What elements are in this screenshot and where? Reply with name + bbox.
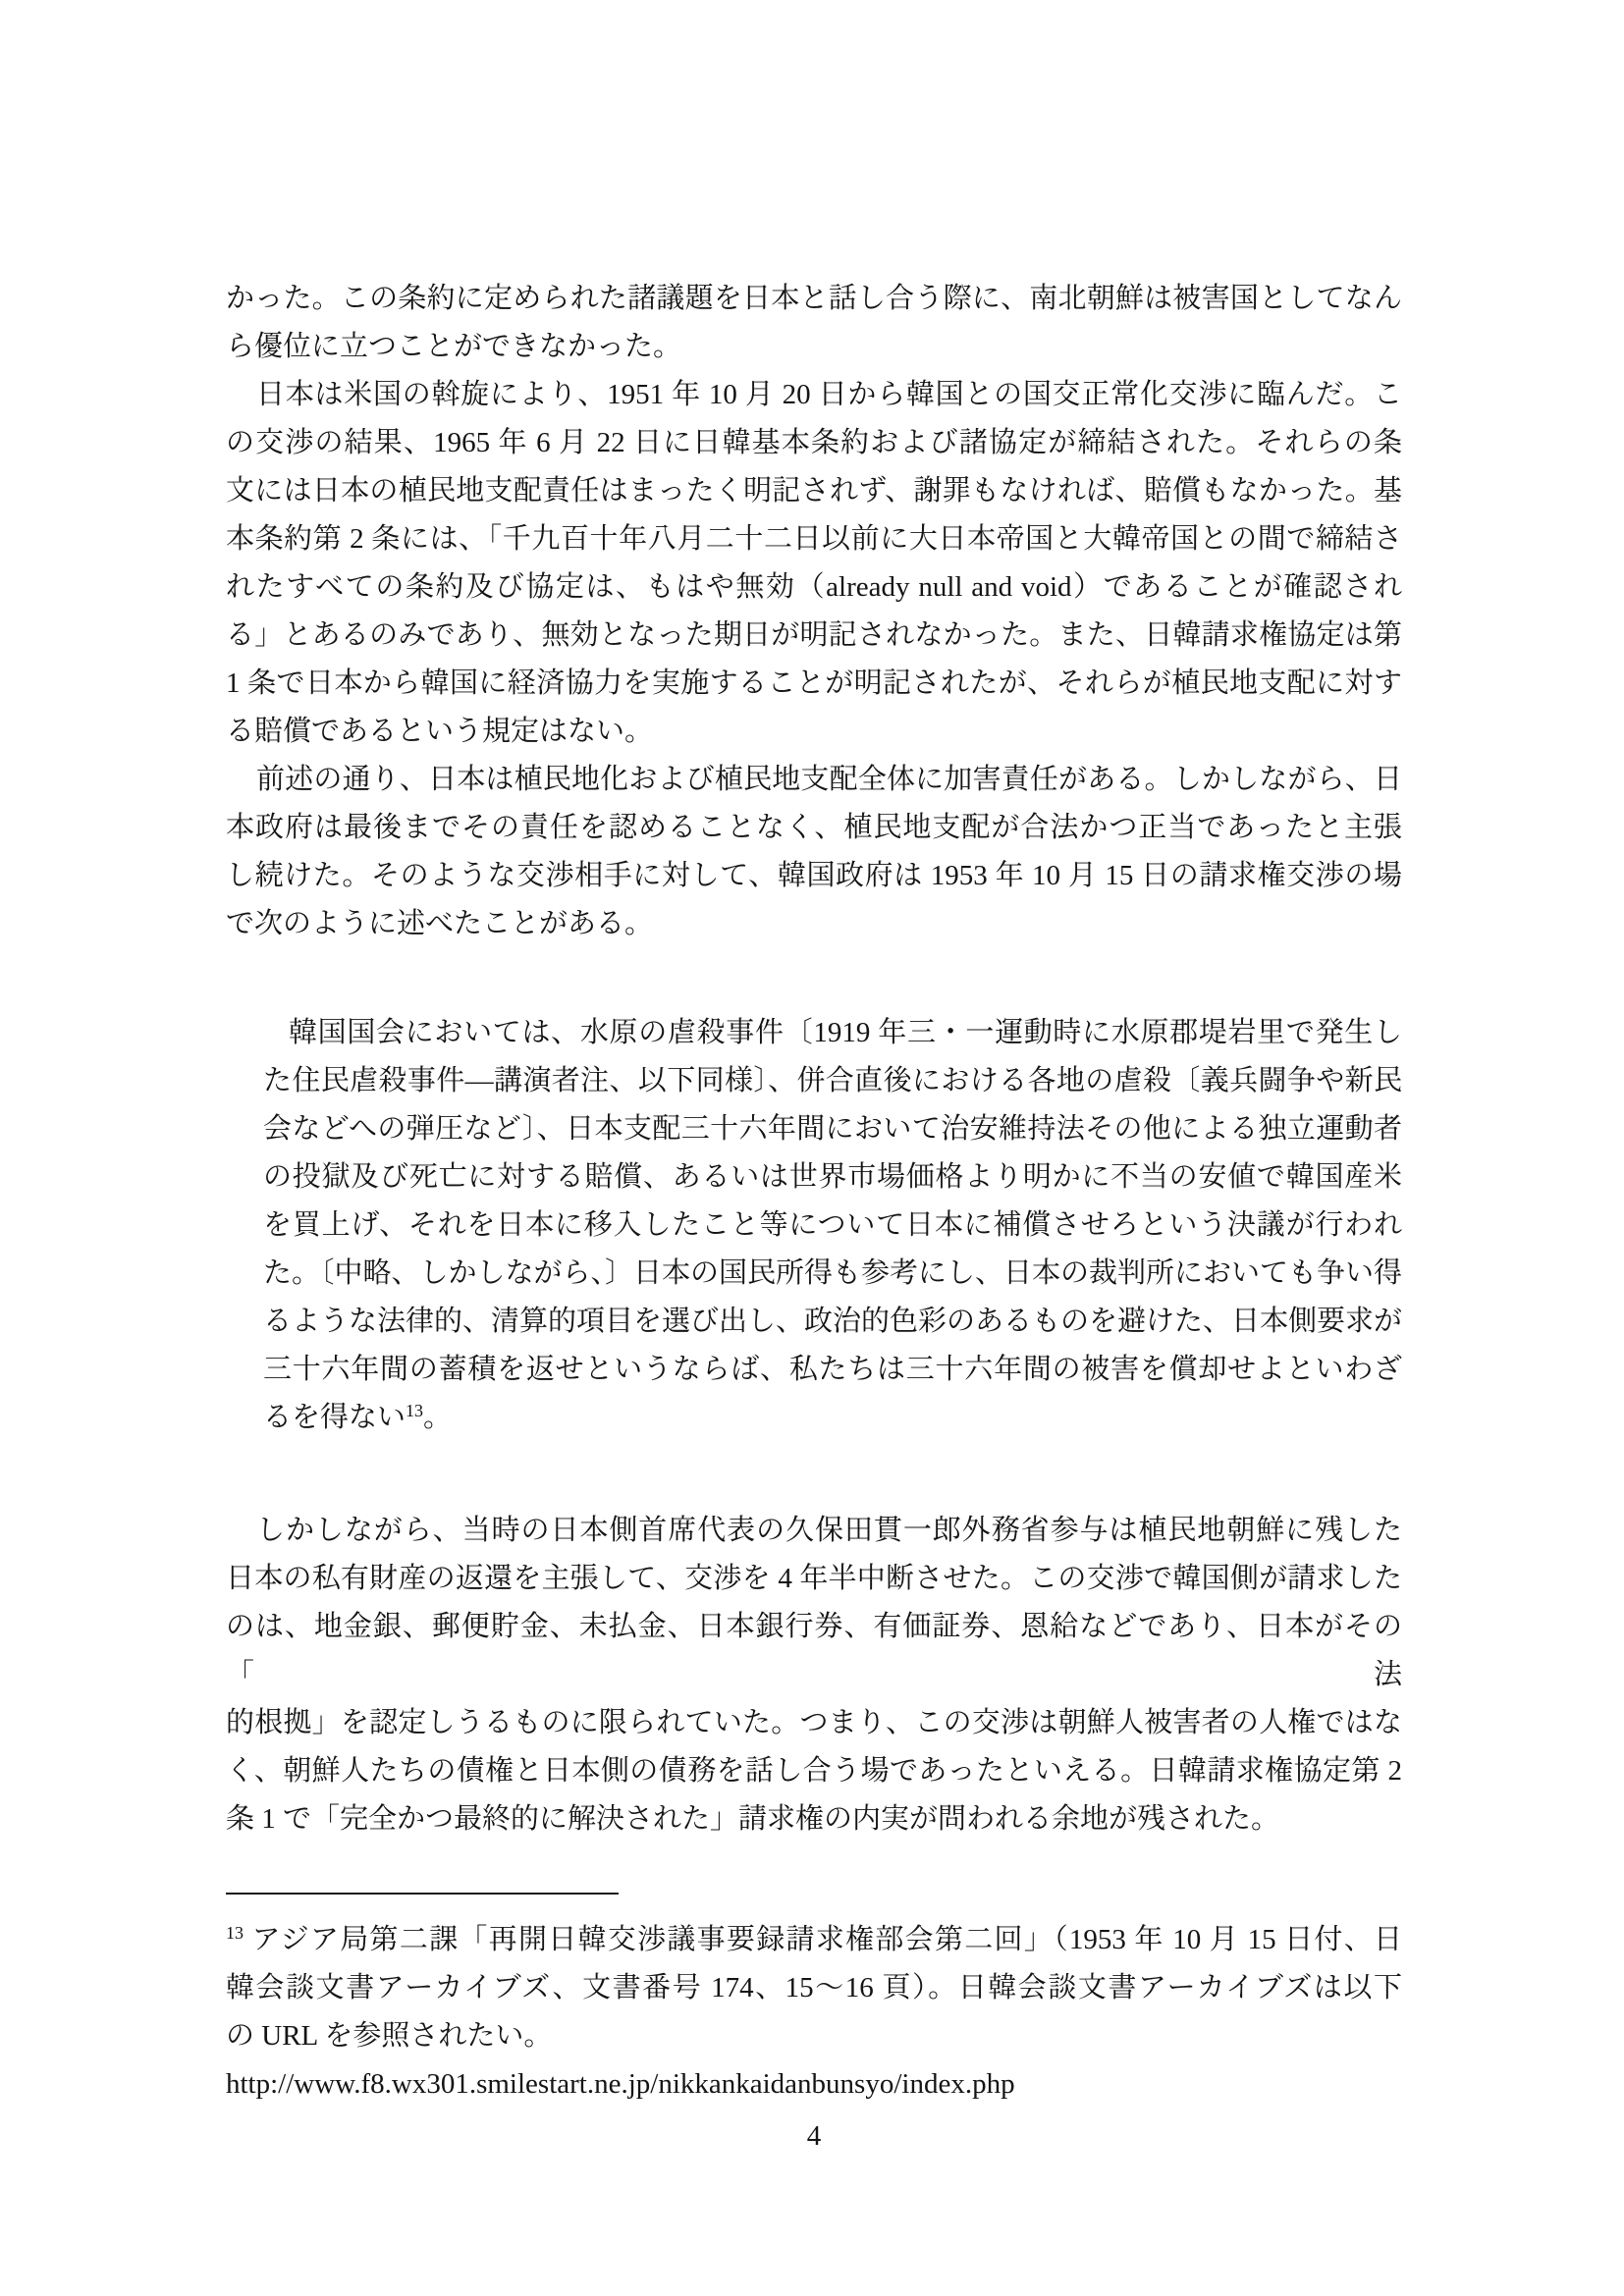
text-line: る」とあるのみであり、無効となった期日が明記されなかった。また、日韓請求権協定は… — [226, 612, 1402, 660]
footnote-first-line: 13 アジア局第二課「再開日韓交渉議事要録請求権部会第二回」（1953 年 10… — [226, 1916, 1402, 1964]
paragraph-treaty-negotiations: 日本は米国の斡旋により、1951 年 10 月 20 日から韓国との国交正常化交… — [226, 371, 1402, 756]
footnote-13: 13 アジア局第二課「再開日韓交渉議事要録請求権部会第二回」（1953 年 10… — [226, 1916, 1402, 2109]
quote-line-with-footnote-ref: るを得ない13。 — [263, 1394, 1402, 1442]
quote-line: を買上げ、それを日本に移入したこと等について日本に補償させろという決議が行われ — [263, 1201, 1402, 1250]
footnote-marker: 13 — [226, 1923, 244, 1943]
footnote-separator — [226, 1893, 619, 1895]
text-line: る賠償であるという規定はない。 — [226, 708, 1402, 756]
footnote-reference-13: 13 — [406, 1401, 423, 1420]
text-line: 本政府は最後までその責任を認めることなく、植民地支配が合法かつ正当であったと主張 — [226, 804, 1402, 852]
text-line: で次のように述べたことがある。 — [226, 900, 1402, 948]
text-line: 本条約第 2 条には、「千九百十年八月二十二日以前に大日本帝国と大韓帝国との間で… — [226, 515, 1402, 563]
page-number: 4 — [226, 2112, 1402, 2161]
text-line: く、朝鮮人たちの債権と日本側の債務を話し合う場であったといえる。日韓請求権協定第… — [226, 1747, 1402, 1795]
footnote-line: 韓会談文書アーカイブズ、文書番号 174、15～16 頁）。日韓会談文書アーカイ… — [226, 1964, 1402, 2012]
main-text-block: かった。この条約に定められた諸議題を日本と話し合う際に、南北朝鮮は被害国としてな… — [226, 275, 1402, 2161]
text-line: かった。この条約に定められた諸議題を日本と話し合う際に、南北朝鮮は被害国としてな… — [226, 275, 1402, 323]
text-line: 前述の通り、日本は植民地化および植民地支配全体に加害責任がある。しかしながら、日 — [226, 756, 1402, 804]
footnote-line: の URL を参照されたい。 — [226, 2012, 1402, 2060]
quote-line: 三十六年間の蓄積を返せというならば、私たちは三十六年間の被害を償却せよといわざ — [263, 1346, 1402, 1394]
block-quote: 韓国国会においては、水原の虐殺事件〔1919 年三・一運動時に水原郡堤岩里で発生… — [263, 1009, 1402, 1442]
text-line: 文には日本の植民地支配責任はまったく明記されず、謝罪もなければ、賠償もなかった。… — [226, 467, 1402, 515]
text-line: しかしながら、当時の日本側首席代表の久保田貫一郎外務省参与は植民地朝鮮に残した — [226, 1507, 1402, 1555]
document-page: かった。この条約に定められた諸議題を日本と話し合う際に、南北朝鮮は被害国としてな… — [0, 0, 1624, 2296]
text-line: の交渉の結果、1965 年 6 月 22 日に日韓基本条約および諸協定が締結され… — [226, 419, 1402, 467]
footnote-url-line: http://www.f8.wx301.smilestart.ne.jp/nik… — [226, 2060, 1402, 2109]
text-line: れたすべての条約及び協定は、もはや無効（already null and voi… — [226, 563, 1402, 612]
quote-last-line-text: るを得ない — [263, 1402, 406, 1433]
text-line: し続けた。そのような交渉相手に対して、韓国政府は 1953 年 10 月 15 … — [226, 852, 1402, 900]
paragraph-continuation: かった。この条約に定められた諸議題を日本と話し合う際に、南北朝鮮は被害国としてな… — [226, 275, 1402, 371]
quote-line: 会などへの弾圧など〕、日本支配三十六年間において治安維持法その他による独立運動者 — [263, 1105, 1402, 1153]
quote-line: るような法律的、清算的項目を選び出し、政治的色彩のあるものを避けた、日本側要求が — [263, 1298, 1402, 1346]
paragraph-kubota: しかしながら、当時の日本側首席代表の久保田貫一郎外務省参与は植民地朝鮮に残した … — [226, 1507, 1402, 1843]
text-line: のは、地金銀、郵便貯金、未払金、日本銀行券、有価証券、恩給などであり、日本がその… — [226, 1603, 1402, 1699]
text-line: 1 条で日本から韓国に経済協力を実施することが明記されたが、それらが植民地支配に… — [226, 660, 1402, 708]
quote-line: の投獄及び死亡に対する賠償、あるいは世界市場価格より明かに不当の安値で韓国産米 — [263, 1153, 1402, 1201]
quote-line: た。〔中略、しかしながら、〕日本の国民所得も参考にし、日本の裁判所においても争い… — [263, 1250, 1402, 1298]
text-line: ら優位に立つことができなかった。 — [226, 323, 1402, 371]
text-line: 日本の私有財産の返還を主張して、交渉を 4 年半中断させた。この交渉で韓国側が請… — [226, 1555, 1402, 1603]
footnote-url-link[interactable]: http://www.f8.wx301.smilestart.ne.jp/nik… — [226, 2068, 1015, 2100]
text-line: 的根拠」を認定しうるものに限られていた。つまり、この交渉は朝鮮人被害者の人権では… — [226, 1699, 1402, 1747]
quote-line: た住民虐殺事件―講演者注、以下同様〕、併合直後における各地の虐殺〔義兵闘争や新民 — [263, 1057, 1402, 1105]
text-line: 条 1 で「完全かつ最終的に解決された」請求権の内実が問われる余地が残された。 — [226, 1795, 1402, 1843]
quote-line: 韓国国会においては、水原の虐殺事件〔1919 年三・一運動時に水原郡堤岩里で発生… — [263, 1009, 1402, 1057]
footnote-text: アジア局第二課「再開日韓交渉議事要録請求権部会第二回」（1953 年 10 月 … — [252, 1924, 1402, 1955]
paragraph-responsibility: 前述の通り、日本は植民地化および植民地支配全体に加害責任がある。しかしながら、日… — [226, 756, 1402, 948]
quote-last-line-period: 。 — [423, 1402, 452, 1433]
text-line: 日本は米国の斡旋により、1951 年 10 月 20 日から韓国との国交正常化交… — [226, 371, 1402, 419]
